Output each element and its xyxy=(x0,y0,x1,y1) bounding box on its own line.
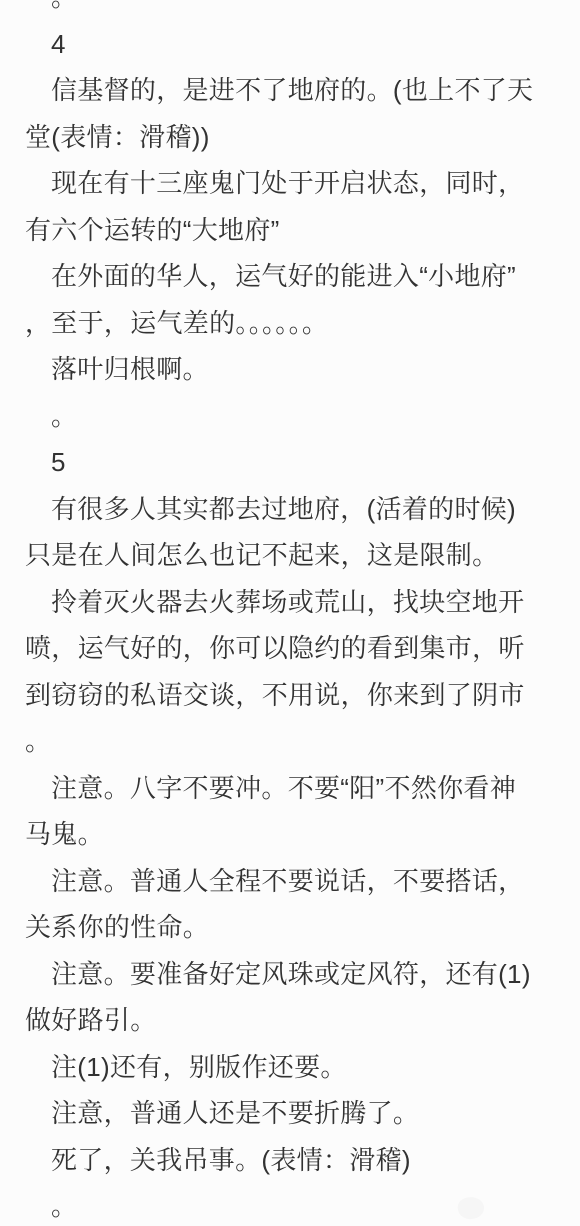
text-line: 4 xyxy=(25,21,556,68)
text-line: 有很多人其实都去过地府，(活着的时候) xyxy=(25,486,556,533)
text-line: 现在有十三座鬼门处于开启状态，同时， xyxy=(25,160,556,207)
text-line: 注意，普通人还是不要折腾了。 xyxy=(25,1090,556,1137)
text-line: 马鬼。 xyxy=(25,811,556,858)
text-line: 注意。要准备好定风珠或定风符，还有(1) xyxy=(25,951,556,998)
reader-screen: { "page": { "background_color": "#fcfcfc… xyxy=(0,0,580,1226)
text-line: ，至于，运气差的。。。。。。 xyxy=(25,300,556,347)
text-line: 堂(表情：滑稽)) xyxy=(25,114,556,161)
text-line: 关系你的性命。 xyxy=(25,904,556,951)
text-line: 。 xyxy=(25,718,556,765)
text-line: 。 xyxy=(25,393,556,440)
text-line: 注(1)还有，别版作还要。 xyxy=(25,1044,556,1091)
text-line: 拎着灭火器去火葬场或荒山，找块空地开 xyxy=(25,579,556,626)
text-line: 在外面的华人，运气好的能进入“小地府” xyxy=(25,253,556,300)
text-line: 做好路引。 xyxy=(25,997,556,1044)
text-line: 落叶归根啊。 xyxy=(25,346,556,393)
text-line: 。 xyxy=(25,0,556,21)
text-line: 喷，运气好的，你可以隐约的看到集市，听 xyxy=(25,625,556,672)
text-line: 5 xyxy=(25,439,556,486)
text-line: 有六个运转的“大地府” xyxy=(25,207,556,254)
text-line: 注意。普通人全程不要说话，不要搭话， xyxy=(25,858,556,905)
text-line: 死了，关我吊事。(表情：滑稽) xyxy=(25,1137,556,1184)
chapter-text: 。4信基督的，是进不了地府的。(也上不了天堂(表情：滑稽))现在有十三座鬼门处于… xyxy=(25,0,556,1226)
text-line: 注意。八字不要冲。不要“阳”不然你看神 xyxy=(25,765,556,812)
reader-page[interactable]: 。4信基督的，是进不了地府的。(也上不了天堂(表情：滑稽))现在有十三座鬼门处于… xyxy=(0,0,580,1226)
text-line: 信基督的，是进不了地府的。(也上不了天 xyxy=(25,67,556,114)
text-line: 只是在人间怎么也记不起来，这是限制。 xyxy=(25,532,556,579)
text-line: 到窃窃的私语交谈，不用说，你来到了阴市 xyxy=(25,672,556,719)
